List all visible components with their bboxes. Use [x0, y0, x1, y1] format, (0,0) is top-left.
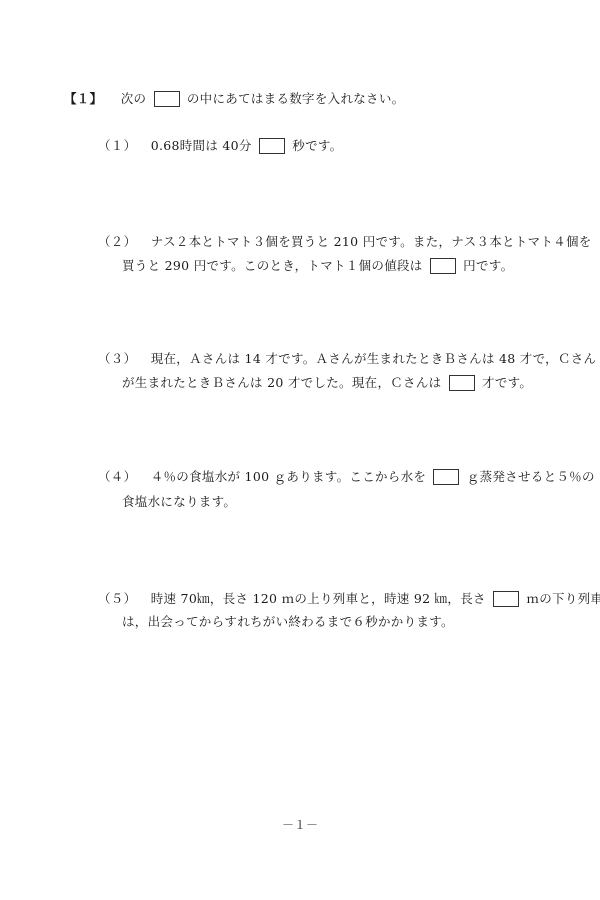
question-4-text-before: ４％の食塩水が 100 ｇあります。ここから水を	[151, 469, 427, 484]
question-4-line-1: （４） ４％の食塩水が 100 ｇあります。ここから水を ｇ蒸発させると５％の	[98, 467, 595, 487]
question-3-number: （３）	[98, 349, 136, 369]
question-3-line-1: （３） 現在，Ａさんは 14 才です。Ａさんが生まれたときＢさんは 48 才で，…	[98, 349, 596, 369]
answer-box-1[interactable]	[259, 138, 285, 154]
question-1-text-after: 秒です。	[292, 138, 342, 153]
question-5-line-1: （５） 時速 70㎞，長さ 120 ｍの上り列車と，時速 92 ㎞，長さ ｍの下…	[98, 589, 600, 609]
question-4-text-line-2: 食塩水になります。	[122, 494, 236, 509]
answer-box-example	[154, 91, 180, 107]
question-1-line-1: （１） 0.68時間は 40分 秒です。	[98, 136, 342, 156]
question-4-text-after: ｇ蒸発させると５％の	[467, 469, 595, 484]
question-5-text-line-2: は，出会ってからすれちがい終わるまで６秒かかります。	[122, 614, 454, 629]
question-3-text-before: が生まれたときＢさんは 20 才でした。現在，Ｃさんは	[122, 375, 441, 390]
section-number: 【１】	[64, 89, 102, 109]
question-3-text-after: 才です。	[482, 375, 532, 390]
page-number: －１－	[0, 816, 600, 833]
question-2-line-2: 買うと 290 円です。このとき，トマト１個の値段は 円です。	[122, 256, 513, 276]
answer-box-3[interactable]	[449, 375, 475, 391]
question-1-text-before: 0.68時間は 40分	[151, 138, 252, 153]
question-2-line-1: （２） ナス２本とトマト３個を買うと 210 円です。また，ナス３本とトマト４個…	[98, 232, 592, 252]
question-2-text-before: 買うと 290 円です。このとき，トマト１個の値段は	[122, 258, 423, 273]
question-2-text-line-1: ナス２本とトマト３個を買うと 210 円です。また，ナス３本とトマト４個を	[151, 234, 592, 249]
question-5-text-after: ｍの下り列車	[526, 591, 600, 606]
instruction-text-after: の中にあてはまる数字を入れなさい。	[187, 91, 405, 106]
question-5-number: （５）	[98, 589, 136, 609]
question-2-number: （２）	[98, 232, 136, 252]
question-3-text-line-1: 現在，Ａさんは 14 才です。Ａさんが生まれたときＢさんは 48 才で，Ｃさん	[151, 351, 597, 366]
answer-box-5[interactable]	[493, 591, 519, 607]
section-instruction: 【１】 次の の中にあてはまる数字を入れなさい。	[64, 89, 404, 109]
question-3-line-2: が生まれたときＢさんは 20 才でした。現在，Ｃさんは 才です。	[122, 373, 532, 393]
answer-box-2[interactable]	[430, 258, 456, 274]
question-5-line-2: は，出会ってからすれちがい終わるまで６秒かかります。	[122, 612, 454, 632]
question-5-text-before: 時速 70㎞，長さ 120 ｍの上り列車と，時速 92 ㎞，長さ	[151, 591, 486, 606]
question-1-number: （１）	[98, 136, 136, 156]
instruction-text-before: 次の	[121, 91, 147, 106]
question-4-number: （４）	[98, 467, 136, 487]
question-2-text-after: 円です。	[463, 258, 513, 273]
question-4-line-2: 食塩水になります。	[122, 492, 236, 512]
answer-box-4[interactable]	[433, 469, 459, 485]
